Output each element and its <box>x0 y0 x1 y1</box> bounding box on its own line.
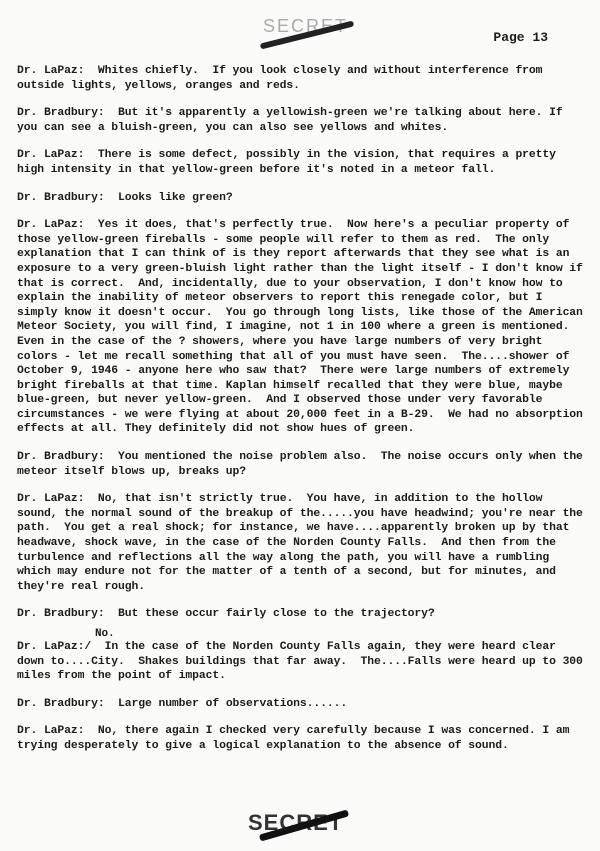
speech-text: Looks like green? <box>118 192 233 204</box>
speaker-label: Dr. LaPaz: <box>17 493 84 505</box>
transcript-paragraph: Dr. Bradbury: Looks like green? <box>17 191 587 206</box>
speaker-label: Dr. Bradbury: <box>17 698 105 710</box>
speaker-label: Dr. Bradbury: <box>17 608 105 620</box>
transcript-paragraph: Dr. LaPaz: Yes it does, that's perfectly… <box>17 218 587 437</box>
speaker-label: Dr. Bradbury: <box>17 107 105 119</box>
document-page: SECRET Page 13 Dr. LaPaz: Whites chiefly… <box>0 0 600 851</box>
speech-text: But these occur fairly close to the traj… <box>118 608 435 620</box>
speech-text: There is some defect, possibly in the vi… <box>17 149 563 176</box>
transcript-paragraph: Dr. LaPaz: No, that isn't strictly true.… <box>17 492 587 594</box>
classification-stamp-top: SECRET <box>255 14 355 54</box>
page-number: Page 13 <box>493 30 548 45</box>
speaker-label: Dr. LaPaz: <box>17 65 84 77</box>
transcript-paragraph: Dr. Bradbury: But these occur fairly clo… <box>17 607 587 622</box>
transcript-paragraph: No.Dr. LaPaz:/ In the case of the Norden… <box>17 629 587 684</box>
classification-stamp-bottom: SECRET <box>248 806 358 840</box>
speech-text: Large number of observations...... <box>118 698 347 710</box>
speaker-label: Dr. Bradbury: <box>17 192 105 204</box>
transcript-paragraph: Dr. Bradbury: You mentioned the noise pr… <box>17 450 587 479</box>
speaker-label: Dr. LaPaz: <box>17 149 84 161</box>
transcript-paragraph: Dr. LaPaz: No, there again I checked ver… <box>17 724 587 753</box>
speech-text: No, that isn't strictly true. You have, … <box>17 493 590 593</box>
transcript-body: Dr. LaPaz: Whites chiefly. If you look c… <box>17 64 587 767</box>
transcript-paragraph: Dr. LaPaz: There is some defect, possibl… <box>17 148 587 177</box>
speech-text: In the case of the Norden County Falls a… <box>17 641 590 682</box>
speech-text: Yes it does, that's perfectly true. Now … <box>17 219 590 435</box>
speech-text: No, there again I checked very carefully… <box>17 725 576 752</box>
speech-text: Whites chiefly. If you look closely and … <box>17 65 549 92</box>
handwritten-insert: No. <box>17 629 587 640</box>
transcript-paragraph: Dr. Bradbury: But it's apparently a yell… <box>17 106 587 135</box>
transcript-paragraph: Dr. Bradbury: Large number of observatio… <box>17 697 587 712</box>
speaker-label: Dr. Bradbury: <box>17 451 105 463</box>
speaker-label: Dr. LaPaz: <box>17 725 84 737</box>
speaker-label: Dr. LaPaz: <box>17 219 84 231</box>
speaker-label: Dr. LaPaz:/ <box>17 641 91 653</box>
transcript-paragraph: Dr. LaPaz: Whites chiefly. If you look c… <box>17 64 587 93</box>
